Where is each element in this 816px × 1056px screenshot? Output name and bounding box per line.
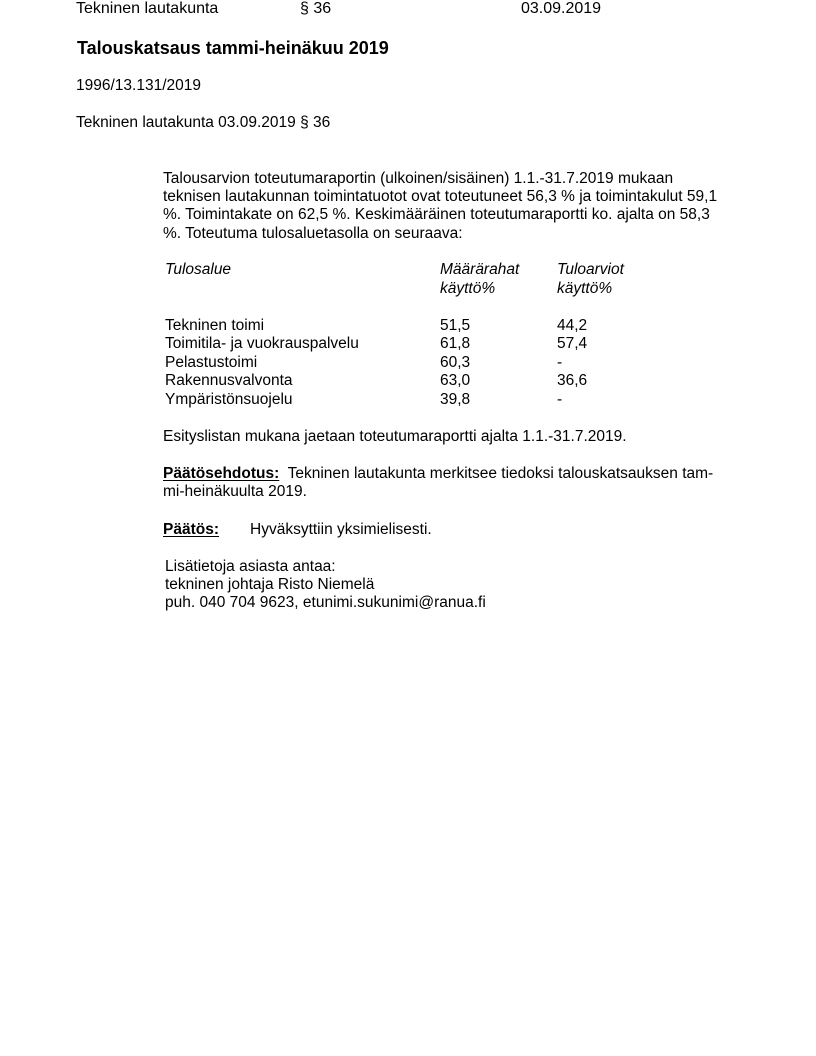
contact-block: Lisätietoja asiasta antaa: tekninen joht…: [165, 558, 755, 613]
document-title: Talouskatsaus tammi-heinäkuu 2019: [77, 37, 389, 59]
cell-area: Tekninen toimi: [165, 317, 264, 335]
cell-appropriations: 61,8: [440, 335, 470, 353]
proposal-text-line2: mi-heinäkuulta 2019.: [163, 483, 753, 501]
table-header-revenue: Tuloarviot käyttö%: [557, 261, 624, 298]
diary-number: 1996/13.131/2019: [76, 77, 201, 95]
table-header-area: Tulosalue: [165, 261, 231, 280]
cell-revenue: -: [557, 354, 562, 372]
header-line: käyttö%: [440, 280, 519, 299]
cell-revenue: 57,4: [557, 335, 587, 353]
contact-line: puh. 040 704 9623, etunimi.sukunimi@ranu…: [165, 594, 755, 612]
table-row: Ympäristönsuojelu 39,8 -: [165, 391, 645, 409]
cell-appropriations: 60,3: [440, 354, 470, 372]
cell-area: Ympäristönsuojelu: [165, 391, 293, 409]
cell-revenue: 44,2: [557, 317, 587, 335]
cell-area: Toimitila- ja vuokrauspalvelu: [165, 335, 359, 353]
proposal-block: Päätösehdotus: Tekninen lautakunta merki…: [163, 465, 753, 501]
intro-line: %. Toteutuma tulosaluetasolla on seuraav…: [163, 225, 753, 243]
proposal-text-line1: Tekninen lautakunta merkitsee tiedoksi t…: [288, 465, 714, 482]
table-header-appropriations: Määrärahat käyttö%: [440, 261, 519, 298]
decision-text: Hyväksyttiin yksimielisesti.: [250, 521, 432, 539]
attachment-note: Esityslistan mukana jaetaan toteutumarap…: [163, 428, 753, 446]
contact-line: Lisätietoja asiasta antaa:: [165, 558, 755, 576]
header-line: Tuloarviot: [557, 261, 624, 280]
table-row: Toimitila- ja vuokrauspalvelu 61,8 57,4: [165, 335, 645, 353]
header-line: Määrärahat: [440, 261, 519, 280]
cell-appropriations: 51,5: [440, 317, 470, 335]
header-line: käyttö%: [557, 280, 624, 299]
intro-line: Talousarvion toteutumaraportin (ulkoinen…: [163, 170, 753, 188]
cell-appropriations: 63,0: [440, 372, 470, 390]
cell-area: Pelastustoimi: [165, 354, 257, 372]
cell-appropriations: 39,8: [440, 391, 470, 409]
intro-line: %. Toimintakate on 62,5 %. Keskimääräine…: [163, 206, 753, 224]
table-row: Pelastustoimi 60,3 -: [165, 354, 645, 372]
cell-revenue: -: [557, 391, 562, 409]
table-row: Tekninen toimi 51,5 44,2: [165, 317, 645, 335]
header-section: § 36: [300, 0, 331, 19]
decision-block: Päätös: Hyväksyttiin yksimielisesti.: [163, 521, 753, 539]
meeting-reference: Tekninen lautakunta 03.09.2019 § 36: [76, 114, 330, 132]
table-row: Rakennusvalvonta 63,0 36,6: [165, 372, 645, 390]
header-date: 03.09.2019: [521, 0, 601, 19]
decision-label: Päätös:: [163, 521, 219, 538]
intro-line: teknisen lautakunnan toimintatuotot ovat…: [163, 188, 753, 206]
cell-revenue: 36,6: [557, 372, 587, 390]
cell-area: Rakennusvalvonta: [165, 372, 293, 390]
proposal-label: Päätösehdotus:: [163, 465, 279, 482]
contact-line: tekninen johtaja Risto Niemelä: [165, 576, 755, 594]
intro-paragraph: Talousarvion toteutumaraportin (ulkoinen…: [163, 170, 753, 243]
header-board: Tekninen lautakunta: [76, 0, 218, 19]
